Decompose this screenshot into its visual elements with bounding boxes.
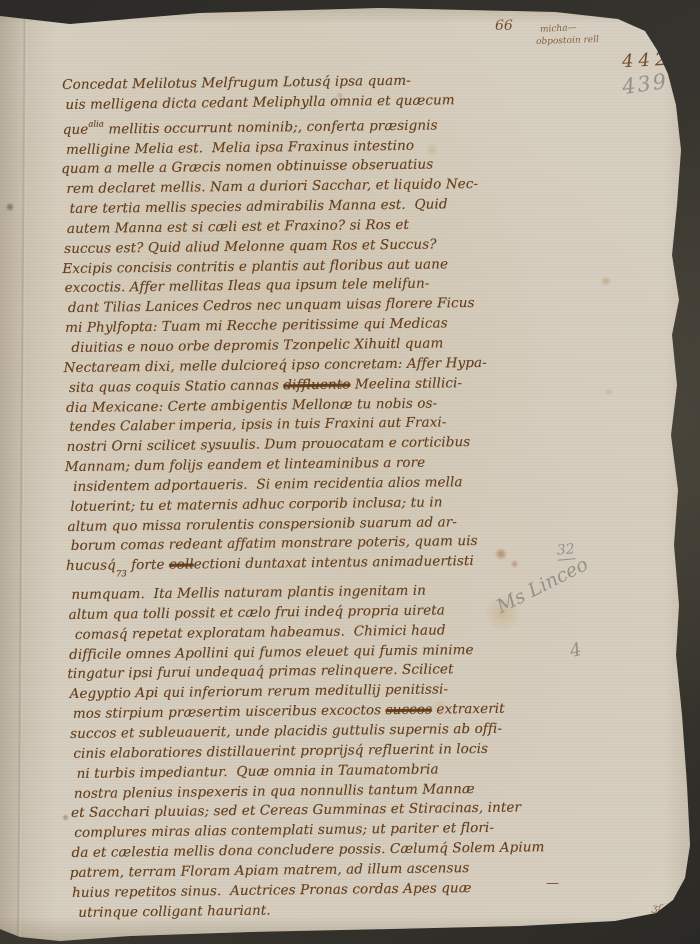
manuscript-text-block: Concedat Melilotus Melfrugum Lotusq́ ips… — [62, 70, 532, 923]
margin-dash: — — [546, 876, 559, 891]
header-inscription-line1: micha— — [540, 23, 577, 35]
stain — [62, 814, 69, 821]
stain — [600, 276, 612, 286]
folio-number-small: 66 — [495, 18, 513, 34]
stain — [604, 388, 614, 396]
manuscript-line: hucusq́73 forte collectioni duntaxat int… — [66, 552, 528, 586]
stain — [6, 202, 14, 212]
page-number-pencil: 439 — [621, 69, 670, 99]
page-crease — [17, 14, 27, 936]
manuscript-photo: 66 micha— obpostoin rell 442 439 Conceda… — [0, 0, 700, 944]
manuscript-page: 66 micha— obpostoin rell 442 439 Conceda… — [0, 0, 700, 944]
corner-scribble: ʒſ — [651, 902, 662, 914]
ms-linceo-number: 4 — [568, 639, 584, 662]
header-inscription-line2: obpostoin rell — [536, 35, 599, 47]
